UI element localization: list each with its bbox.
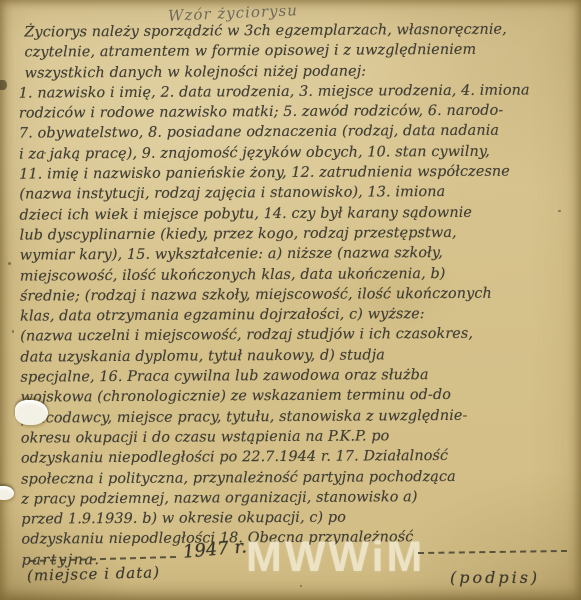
manuscript-line: średnie; (rodzaj i nazwa szkoły, miejsco… — [20, 283, 531, 306]
paper-speck — [12, 330, 14, 333]
paper-speck — [8, 262, 11, 265]
signature-label: (podpis) — [450, 569, 540, 587]
paper-hole — [15, 400, 48, 425]
paper-speck — [558, 210, 561, 212]
manuscript-line: lub dyscyplinarnie (kiedy, przez kogo, r… — [20, 222, 531, 245]
manuscript-line: pracodawcy, miejsce pracy, tytułu, stano… — [21, 405, 532, 428]
scanned-document: Wzór życiorysu Życiorys należy sporządzi… — [0, 0, 581, 600]
manuscript-line: społeczna i polityczna, przynależność pa… — [21, 466, 532, 489]
place-date-label: (miejsce i data) — [27, 563, 161, 584]
manuscript-body: Życiorys należy sporządzić w 3ch egzempl… — [24, 19, 532, 570]
manuscript-line: 7. obywatelstwo, 8. posiadane odznaczeni… — [19, 121, 530, 144]
manuscript-line: czytelnie, atramentem w formie opisowej … — [24, 40, 529, 63]
manuscript-line: (nazwa uczelni i miejscowość, rodzaj stu… — [20, 324, 531, 347]
manuscript-line: 11. imię i nazwisko panieńskie żony, 12.… — [19, 162, 530, 185]
paper-speck — [44, 152, 46, 154]
paper-speck — [300, 585, 302, 587]
paper-edge-mark — [0, 80, 7, 90]
watermark-text: MWWiM — [246, 534, 425, 580]
